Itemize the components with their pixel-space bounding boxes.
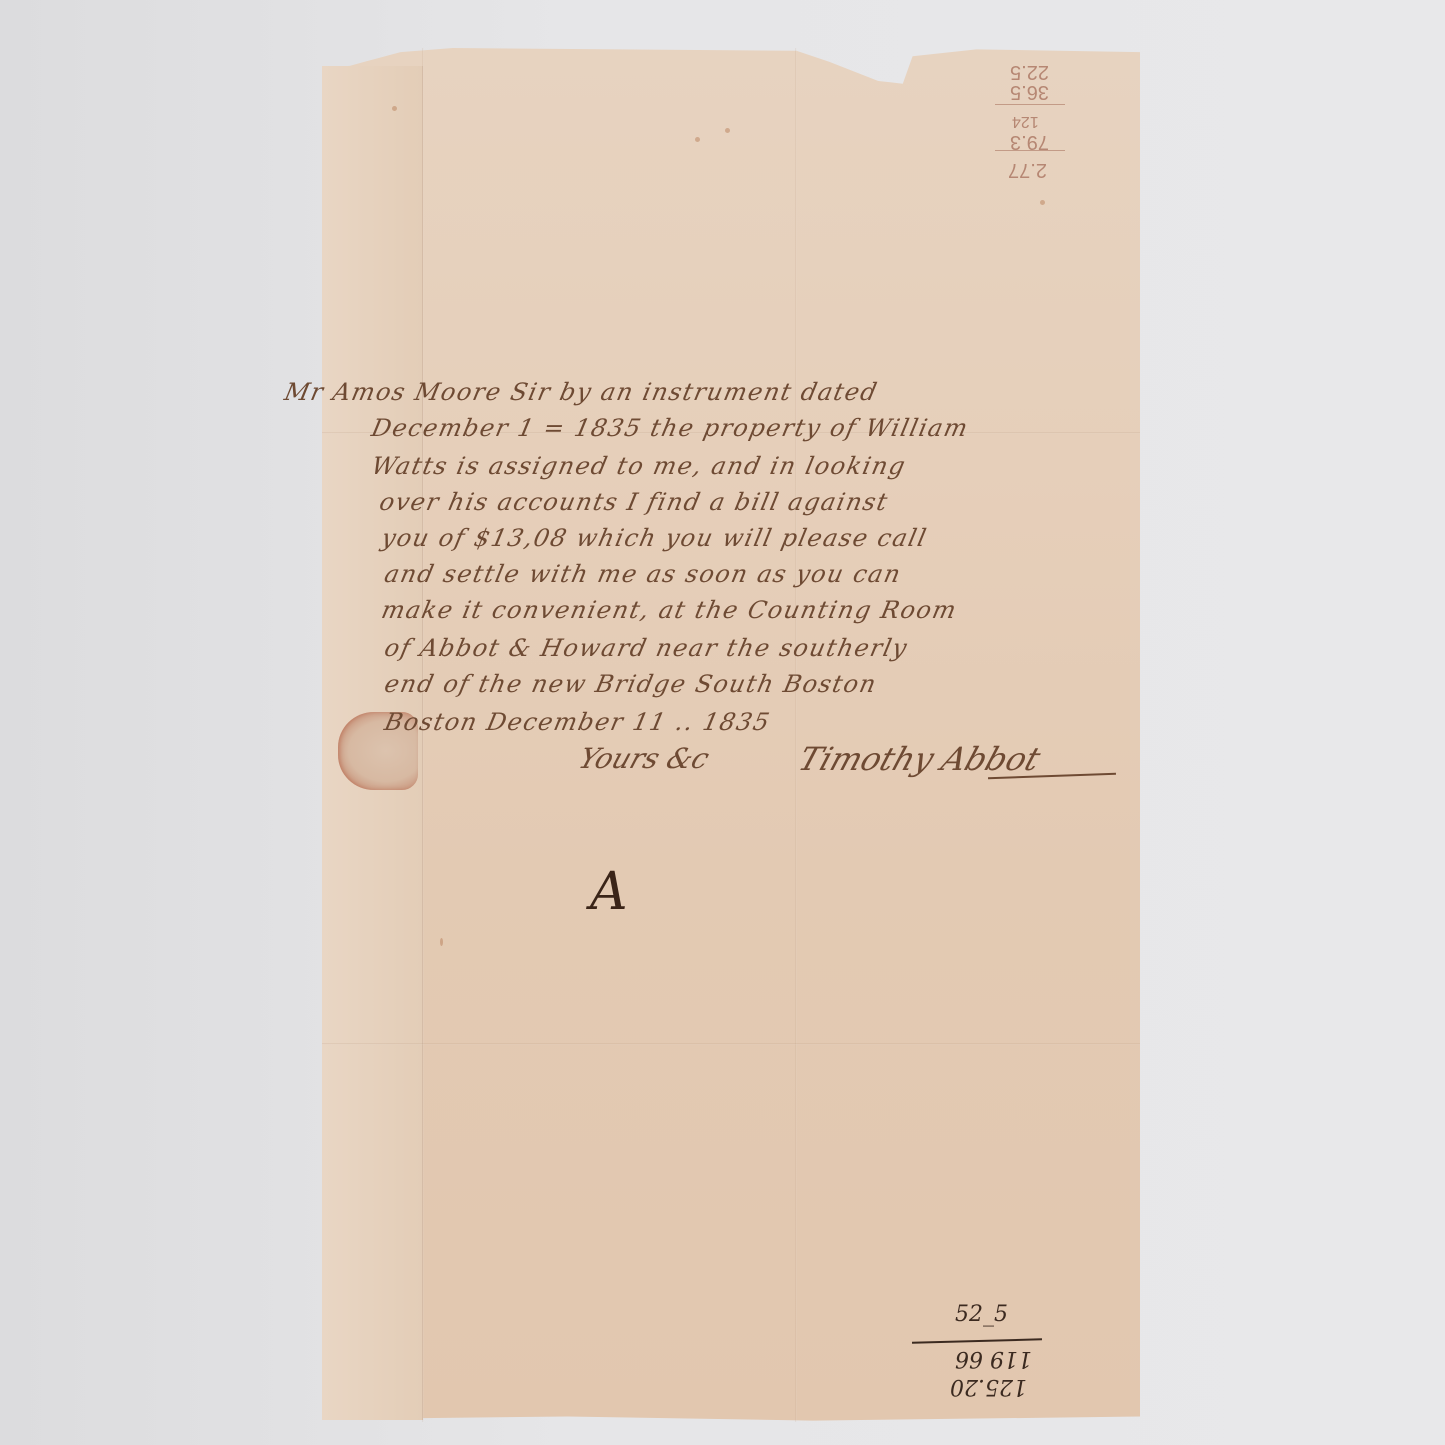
foxing-spot xyxy=(1040,200,1045,205)
pencil-rule xyxy=(995,150,1065,151)
initial-mark: A xyxy=(590,862,628,922)
letter-line: you of $13,08 which you will please call xyxy=(379,524,930,552)
fold-line-vertical-center xyxy=(795,48,797,1422)
letter-line: December 1 = 1835 the property of Willia… xyxy=(369,414,971,442)
letter-line: end of the new Bridge South Boston xyxy=(382,670,880,698)
foxing-spot xyxy=(725,128,730,133)
fold-line-horizontal-lower xyxy=(322,1043,1140,1045)
signature: Timothy Abbot xyxy=(794,740,1045,778)
pencil-figure: 2.77 xyxy=(1008,158,1047,181)
letter-dateline: Boston December 11 .. 1835 xyxy=(382,708,773,736)
calc-figure: 119 66 xyxy=(955,1346,1032,1371)
pencil-figure: 124 xyxy=(1012,112,1039,130)
calc-figure: 52_5 xyxy=(955,1302,1008,1327)
foxing-spot xyxy=(392,106,397,111)
pencil-figure: 36.5 xyxy=(1010,80,1049,103)
letter-line: make it convenient, at the Counting Room xyxy=(379,596,960,624)
foxing-spot xyxy=(695,137,700,142)
letter-line: Mr Amos Moore Sir by an instrument dated xyxy=(282,378,881,406)
letter-closing: Yours &c xyxy=(575,742,714,775)
foxing-spot xyxy=(440,938,443,946)
letter-line: of Abbot & Howard near the southerly xyxy=(382,634,911,662)
letter-line: and settle with me as soon as you can xyxy=(382,560,904,588)
pencil-rule xyxy=(995,104,1065,105)
calc-figure: 125.20 xyxy=(950,1374,1027,1399)
letter-line: over his accounts I find a bill against xyxy=(377,488,891,516)
letter-line: Watts is assigned to me, and in looking xyxy=(369,452,909,480)
